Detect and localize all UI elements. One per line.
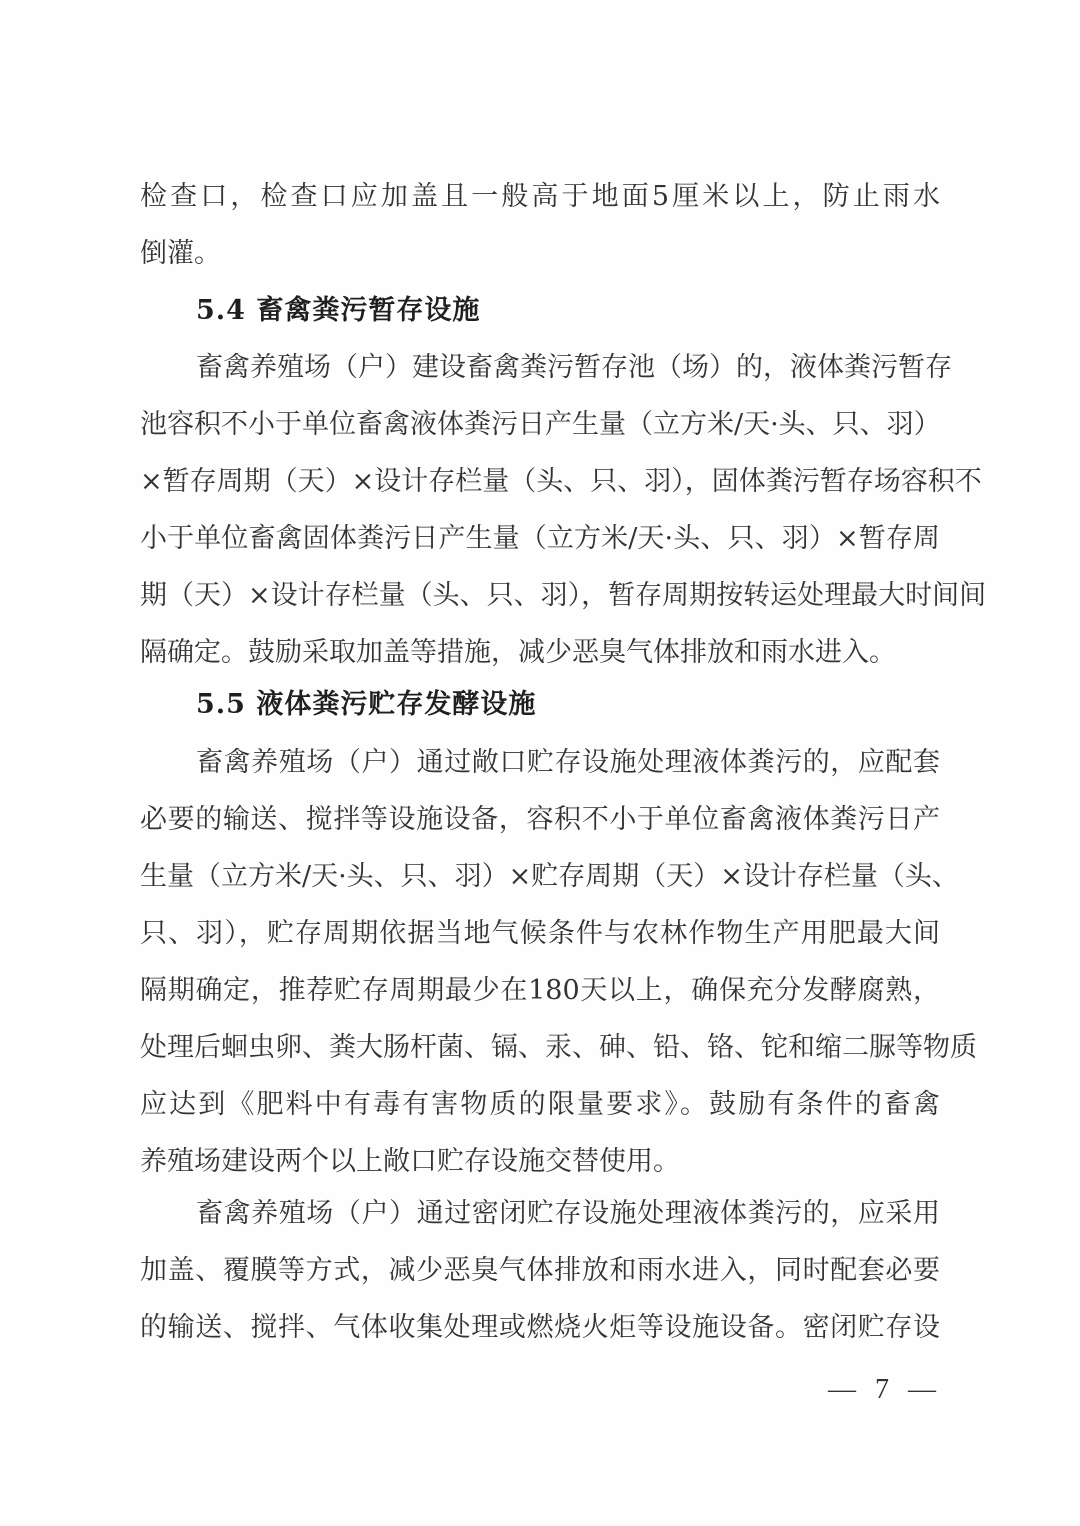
paragraph-line: 必要的输送、搅拌等设施设备，容积不小于单位畜禽液体粪污日产: [140, 800, 940, 840]
paragraph-line: 期（天）×设计存栏量（头、只、羽），暂存周期按转运处理最大时间间: [140, 576, 940, 616]
paragraph-line: 生量（立方米/天·头、只、羽）×贮存周期（天）×设计存栏量（头、: [140, 857, 940, 897]
paragraph-line: 只、羽），贮存周期依据当地气候条件与农林作物生产用肥最大间: [140, 914, 940, 954]
paragraph-line: 处理后蛔虫卵、粪大肠杆菌、镉、汞、砷、铅、铬、铊和缩二脲等物质: [140, 1028, 940, 1068]
paragraph-line: 池容积不小于单位畜禽液体粪污日产生量（立方米/天·头、只、羽）: [140, 405, 940, 445]
paragraph-line: 畜禽养殖场（户）通过密闭贮存设施处理液体粪污的，应采用: [196, 1194, 940, 1234]
paragraph-line: 检查口，检查口应加盖且一般高于地面5厘米以上，防止雨水: [140, 177, 940, 217]
section-heading-5-5: 5.5 液体粪污贮存发酵设施: [196, 685, 536, 725]
paragraph-line: 畜禽养殖场（户）建设畜禽粪污暂存池（场）的，液体粪污暂存: [196, 348, 940, 388]
page-number: — 7 —: [828, 1370, 942, 1410]
section-heading-5-4: 5.4 畜禽粪污暂存设施: [196, 291, 480, 331]
paragraph-line: 的输送、搅拌、气体收集处理或燃烧火炬等设施设备。密闭贮存设: [140, 1308, 940, 1348]
paragraph-line: 隔期确定，推荐贮存周期最少在180天以上，确保充分发酵腐熟，: [140, 971, 940, 1011]
document-page: 检查口，检查口应加盖且一般高于地面5厘米以上，防止雨水 倒灌。 5.4 畜禽粪污…: [0, 0, 1080, 1526]
paragraph-line: 倒灌。: [140, 234, 940, 274]
paragraph-line: ×暂存周期（天）×设计存栏量（头、只、羽），固体粪污暂存场容积不: [140, 462, 940, 502]
paragraph-line: 应达到《肥料中有毒有害物质的限量要求》。鼓励有条件的畜禽: [140, 1085, 940, 1125]
paragraph-line: 加盖、覆膜等方式，减少恶臭气体排放和雨水进入，同时配套必要: [140, 1251, 940, 1291]
paragraph-line: 小于单位畜禽固体粪污日产生量（立方米/天·头、只、羽）×暂存周: [140, 519, 940, 559]
paragraph-line: 隔确定。鼓励采取加盖等措施，减少恶臭气体排放和雨水进入。: [140, 633, 940, 673]
paragraph-line: 畜禽养殖场（户）通过敞口贮存设施处理液体粪污的，应配套: [196, 743, 940, 783]
paragraph-line: 养殖场建设两个以上敞口贮存设施交替使用。: [140, 1142, 940, 1182]
